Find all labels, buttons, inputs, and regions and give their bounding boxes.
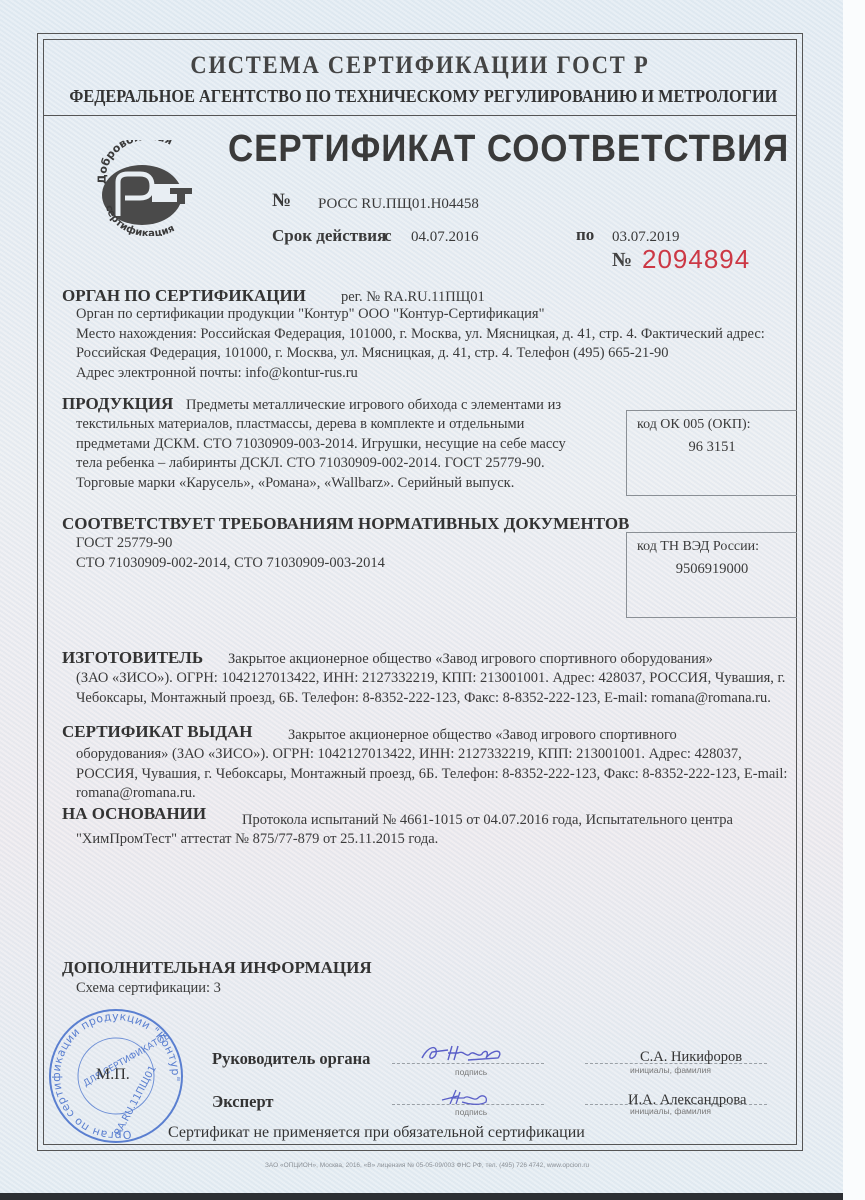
serial-number: 2094894 <box>642 244 750 275</box>
manufacturer-heading: ИЗГОТОВИТЕЛЬ <box>62 648 203 668</box>
compliance-line: СТО 71030909-002-2014, СТО 71030909-003-… <box>76 554 385 574</box>
header-divider <box>43 115 797 116</box>
basis-heading: НА ОСНОВАНИИ <box>62 804 206 824</box>
issued-to-details: оборудования» (ЗАО «ЗИСО»). ОГРН: 104212… <box>76 745 787 804</box>
head-name: С.А. Никифоров <box>640 1049 742 1066</box>
cb-line: Адрес электронной почты: info@kontur-rus… <box>76 364 765 384</box>
product-line: текстильных материалов, пластмассы, дере… <box>76 415 566 435</box>
number-label: № <box>272 190 291 212</box>
head-sign-caption: подпись <box>455 1067 487 1077</box>
issued-to-line: РОССИЯ, Чувашия, г. Чебоксары, Монтажный… <box>76 765 787 785</box>
head-of-body-label: Руководитель органа <box>212 1049 370 1069</box>
head-name-caption: инициалы, фамилия <box>630 1065 711 1075</box>
certification-scheme: Схема сертификации: 3 <box>76 979 221 999</box>
expert-signature-icon <box>438 1086 498 1108</box>
tnved-code-value: 9506919000 <box>627 561 797 578</box>
issued-to-line: romana@romana.ru. <box>76 784 787 804</box>
rst-logo-icon: Добровольная сертификация <box>92 140 204 236</box>
seal-place-label: М.П. <box>96 1066 130 1084</box>
system-title: СИСТЕМА СЕРТИФИКАЦИИ ГОСТ Р <box>81 52 760 80</box>
tnved-code-label: код ТН ВЭД России: <box>637 539 759 555</box>
product-first-line: Предметы металлические игрового обихода … <box>186 396 561 416</box>
scan-edge <box>0 1193 843 1200</box>
serial-label: № <box>612 249 632 272</box>
expert-label: Эксперт <box>212 1092 274 1112</box>
additional-info-heading: ДОПОЛНИТЕЛЬНАЯ ИНФОРМАЦИЯ <box>62 958 372 978</box>
basis-line: "ХимПромТест" аттестат № 875/77-879 от 2… <box>76 830 438 850</box>
certification-body-details: Орган по сертификации продукции "Контур"… <box>76 305 765 383</box>
cb-line: Орган по сертификации продукции "Контур"… <box>76 305 765 325</box>
product-line: тела ребенка – лабиринты ДСКЛ. СТО 71030… <box>76 454 566 474</box>
product-line: Торговые марки «Карусель», «Романа», «Wa… <box>76 474 566 494</box>
manufacturer-line: (ЗАО «ЗИСО»). ОГРН: 1042127013422, ИНН: … <box>76 669 785 689</box>
okp-code-label: код ОК 005 (ОКП): <box>637 417 751 433</box>
certificate-number: РОСС RU.ПЩ01.Н04458 <box>318 196 479 213</box>
expert-name-caption: инициалы, фамилия <box>630 1106 711 1116</box>
issued-to-line: оборудования» (ЗАО «ЗИСО»). ОГРН: 104212… <box>76 745 787 765</box>
valid-to-label: по <box>576 225 594 245</box>
printer-imprint: ЗАО «ОПЦИОН», Москва, 2016, «В» лицензия… <box>265 1162 589 1169</box>
manufacturer-line: Чебоксары, Монтажный проезд, 6Б. Телефон… <box>76 689 785 709</box>
manufacturer-first-line: Закрытое акционерное общество «Завод игр… <box>228 650 713 670</box>
compliance-documents: ГОСТ 25779-90 СТО 71030909-002-2014, СТО… <box>76 534 385 573</box>
product-description: текстильных материалов, пластмассы, дере… <box>76 415 566 493</box>
okp-code-box: код ОК 005 (ОКП): 96 3151 <box>626 410 797 496</box>
expert-sign-caption: подпись <box>455 1107 487 1117</box>
product-line: предметами ДСКМ. СТО 71030909-003-2014. … <box>76 435 566 455</box>
issued-to-heading: СЕРТИФИКАТ ВЫДАН <box>62 722 253 742</box>
basis-details: "ХимПромТест" аттестат № 875/77-879 от 2… <box>76 830 438 850</box>
okp-code-value: 96 3151 <box>627 439 797 456</box>
head-signature-icon <box>418 1040 508 1066</box>
scan-margin <box>843 0 865 1200</box>
tnved-code-box: код ТН ВЭД России: 9506919000 <box>626 532 797 618</box>
voluntary-footnote: Сертификат не применяется при обязательн… <box>168 1124 585 1142</box>
cb-line: Место нахождения: Российская Федерация, … <box>76 325 765 345</box>
agency-name: ФЕДЕРАЛЬНОЕ АГЕНТСТВО ПО ТЕХНИЧЕСКОМУ РЕ… <box>69 86 770 107</box>
valid-from-date: 04.07.2016 <box>411 229 479 246</box>
compliance-heading: СООТВЕТСТВУЕТ ТРЕБОВАНИЯМ НОРМАТИВНЫХ ДО… <box>62 514 629 534</box>
certification-body-heading: ОРГАН ПО СЕРТИФИКАЦИИ <box>62 286 306 306</box>
valid-from-label: с <box>384 226 392 246</box>
manufacturer-details: (ЗАО «ЗИСО»). ОГРН: 1042127013422, ИНН: … <box>76 669 785 708</box>
compliance-line: ГОСТ 25779-90 <box>76 534 385 554</box>
certificate-title: СЕРТИФИКАТ СООТВЕТСТВИЯ <box>228 128 789 171</box>
cb-line: Российская Федерация, 101000, г. Москва,… <box>76 344 765 364</box>
basis-first-line: Протокола испытаний № 4661-1015 от 04.07… <box>242 811 733 831</box>
validity-label: Срок действия <box>272 226 386 246</box>
product-heading: ПРОДУКЦИЯ <box>62 394 173 414</box>
issued-to-first-line: Закрытое акционерное общество «Завод игр… <box>288 726 677 746</box>
